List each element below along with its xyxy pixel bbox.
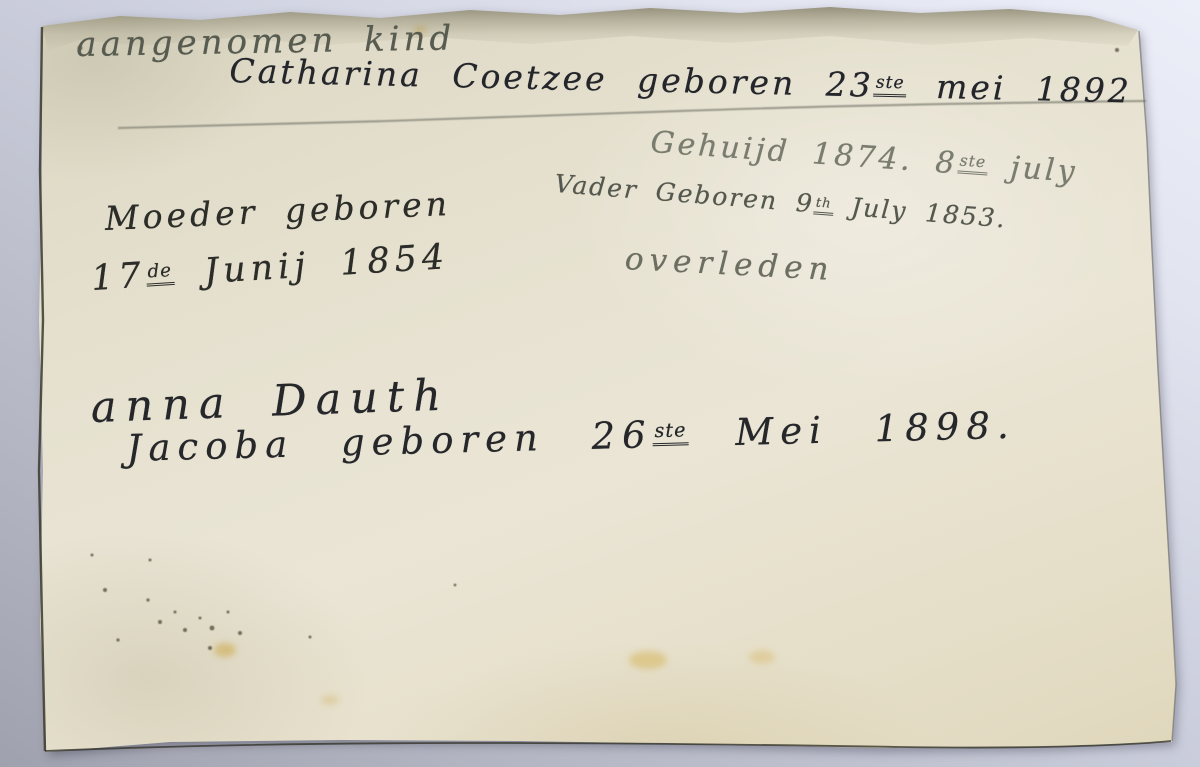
line-catharina-birth: Catharina Coetzee geboren 23ste mei 1892 — [229, 50, 1132, 112]
handwriting-layer: aangenomen kindCatharina Coetzee geboren… — [0, 0, 1200, 767]
line-mother-born: Moeder geboren — [104, 183, 452, 239]
photo-of-note-card: aangenomen kindCatharina Coetzee geboren… — [0, 0, 1200, 767]
line-mother-date: 17de Junij 1854 — [90, 236, 450, 302]
line-deceased: overleden — [624, 240, 836, 290]
